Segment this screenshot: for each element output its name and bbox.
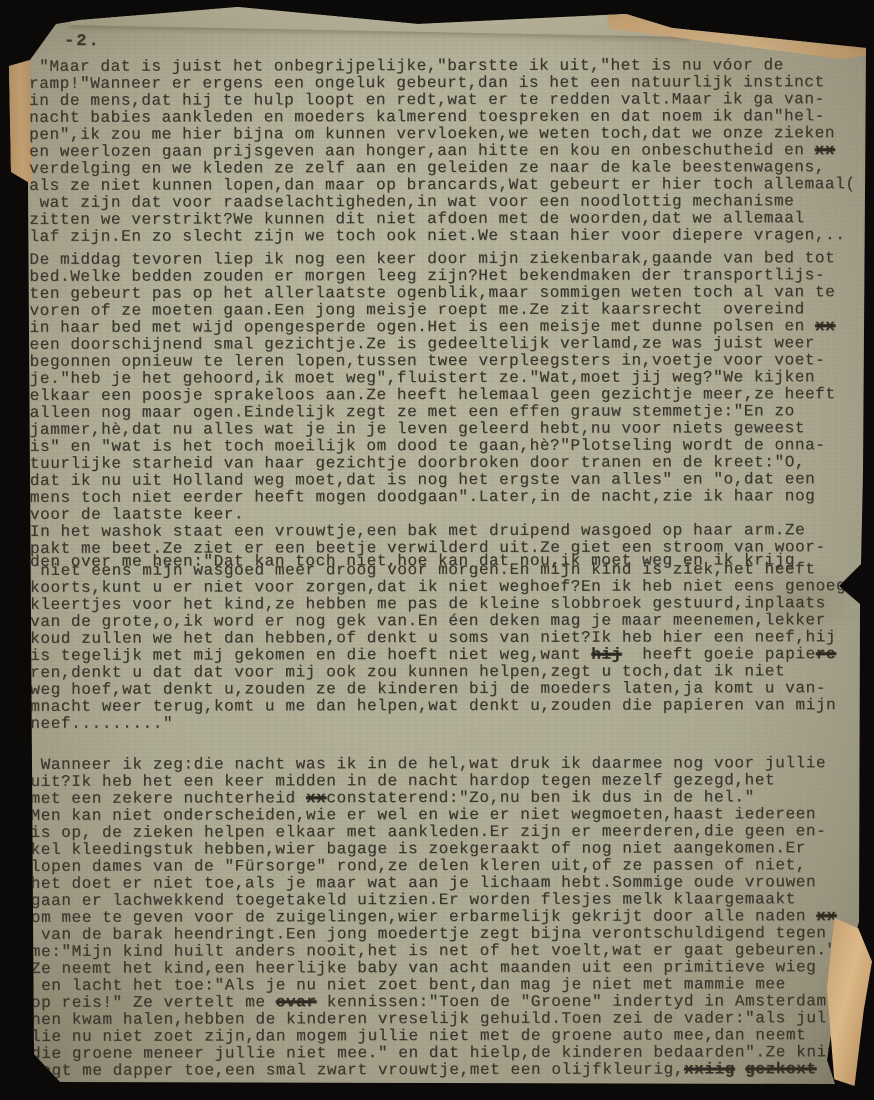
text-run (735, 1060, 745, 1078)
text-line: mens toch niet eerder heeft mogen doodga… (30, 488, 862, 507)
struck-text: hij (591, 646, 622, 664)
struck-text: gezkoxt (745, 1060, 816, 1078)
paragraph-2: De middag tevoren liep ik nog een keer d… (29, 250, 862, 733)
tape-top-right (602, 0, 872, 62)
text-run: met een zekere nuchterheid (30, 789, 305, 808)
text-run: mens toch niet eerder heeft mogen doodga… (30, 487, 816, 507)
page-number: -2. (64, 32, 101, 51)
text-run: mnacht weer terug,komt u me dan helpen,w… (30, 696, 836, 716)
struck-text: ovar (276, 993, 317, 1011)
scanned-page-photo: -2. "Maar dat is juist het onbegrijpelij… (0, 0, 874, 1100)
text-line: neef........." (30, 714, 862, 733)
paper-fold-bottom-right (826, 918, 872, 1086)
text-run: voor de laatste keer. (30, 505, 244, 523)
text-line: mnacht weer terug,komt u me dan helpen,w… (30, 697, 862, 716)
struck-text: xx (815, 141, 835, 159)
document-text: "Maar dat is juist het onbegrijpelijke,"… (29, 57, 863, 1080)
text-run: heeft goeie papie (622, 645, 816, 663)
text-run: neef........." (30, 715, 173, 733)
struck-text: re (816, 645, 836, 663)
text-run: op reis!" Ze vertelt me (31, 993, 276, 1012)
text-line: laf zijn.En zo slecht zijn we toch ook n… (29, 227, 861, 246)
paper-fold-top-edge (70, 3, 690, 37)
text-line: oogt me dapper toe,een smal zwart vrouwt… (31, 1061, 863, 1080)
struck-text: xx (815, 317, 835, 335)
struck-text: xx (306, 789, 326, 807)
struck-text: xx (816, 907, 836, 925)
text-run: constaterend:"Zo,nu ben ik dus in de hel… (326, 788, 755, 807)
struck-text: xxiig (684, 1060, 735, 1078)
paragraph-1: "Maar dat is juist het onbegrijpelijke,"… (29, 57, 861, 246)
text-run: oogt me dapper toe,een smal zwart vrouwt… (31, 1061, 684, 1080)
paragraph-3: Wanneer ik zeg:die nacht was ik in de he… (30, 755, 863, 1080)
text-run: laf zijn.En zo slecht zijn we toch ook n… (29, 226, 845, 246)
typewritten-page: -2. "Maar dat is juist het onbegrijpelij… (8, 2, 868, 1094)
